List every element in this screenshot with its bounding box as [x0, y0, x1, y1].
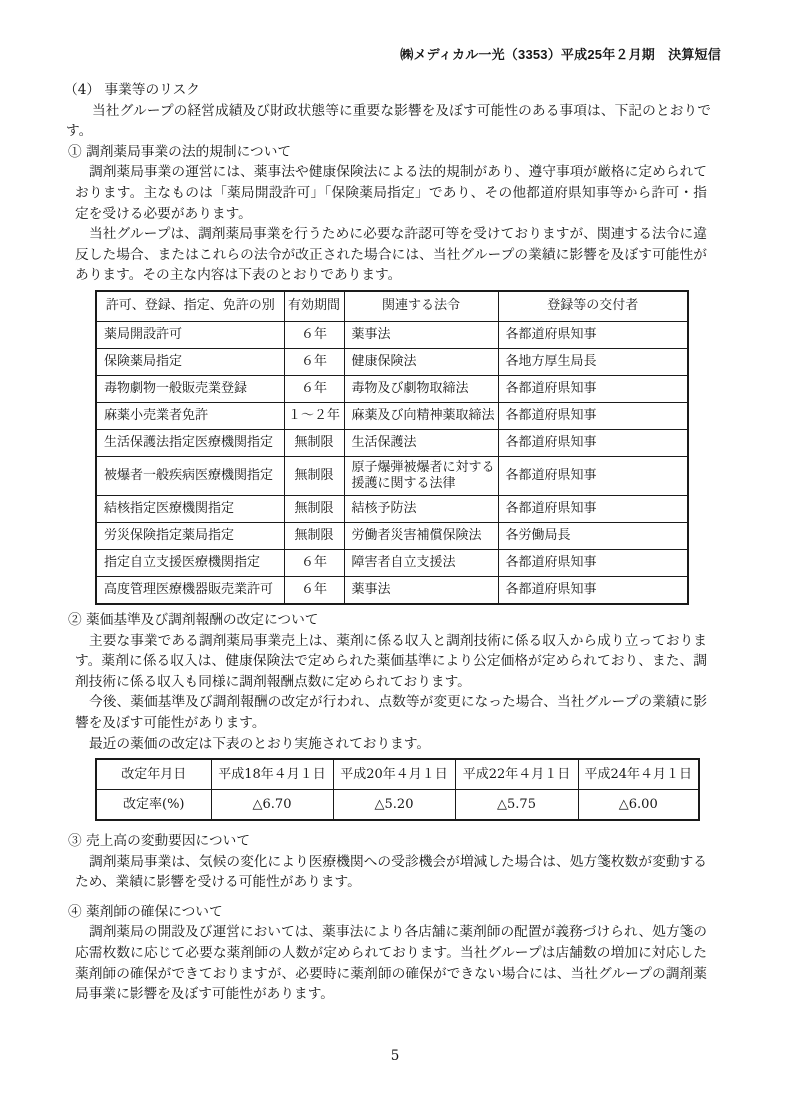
cell-revision-rate: △6.70: [211, 790, 333, 821]
cell-valid-period: １～２年: [284, 402, 344, 429]
license-table: 許可、登録、指定、免許の別 有効期間 関連する法令 登録等の交付者 薬局開設許可…: [95, 290, 689, 605]
cell-related-law: 薬事法: [344, 321, 498, 348]
cell-related-law: 結核予防法: [344, 495, 498, 522]
table-row: 労災保険指定薬局指定 無制限 労働者災害補償保険法 各労働局長: [96, 522, 688, 549]
col-header-valid-period: 有効期間: [284, 291, 344, 322]
table-row: 高度管理医療機器販売業許可 ６年 薬事法 各都道府県知事: [96, 576, 688, 604]
cell-revision-rate-label: 改定率(%): [96, 790, 211, 821]
cell-related-law: 生活保護法: [344, 429, 498, 456]
cell-valid-period: ６年: [284, 576, 344, 604]
item2-paragraph-2: 今後、薬価基準及び調剤報酬の改定が行われ、点数等が変更になった場合、当社グループ…: [75, 692, 707, 733]
cell-related-law: 薬事法: [344, 576, 498, 604]
item3-heading: ③ 売上高の変動要因について: [68, 831, 790, 852]
section-title: （4） 事業等のリスク: [64, 80, 790, 101]
cell-related-law: 原子爆弾被爆者に対する援護に関する法律: [344, 456, 498, 495]
cell-license-type: 毒物劇物一般販売業登録: [96, 375, 284, 402]
table-row: 結核指定医療機関指定 無制限 結核予防法 各都道府県知事: [96, 495, 688, 522]
item2-paragraph-3: 最近の薬価の改定は下表のとおり実施されております。: [75, 734, 707, 755]
cell-issuer: 各都道府県知事: [498, 429, 688, 456]
license-table-header-row: 許可、登録、指定、免許の別 有効期間 関連する法令 登録等の交付者: [96, 291, 688, 322]
cell-license-type: 薬局開設許可: [96, 321, 284, 348]
page-number: 5: [0, 1048, 790, 1064]
cell-license-type: 結核指定医療機関指定: [96, 495, 284, 522]
table-row: 麻薬小売業者免許 １～２年 麻薬及び向精神薬取締法 各都道府県知事: [96, 402, 688, 429]
col-header-issuer: 登録等の交付者: [498, 291, 688, 322]
document-page: ㈱メディカル一光（3353）平成25年２月期 決算短信 （4） 事業等のリスク …: [0, 0, 790, 1118]
cell-issuer: 各都道府県知事: [498, 402, 688, 429]
col-header-related-law: 関連する法令: [344, 291, 498, 322]
table-row: 毒物劇物一般販売業登録 ６年 毒物及び劇物取締法 各都道府県知事: [96, 375, 688, 402]
revision-rate-row: 改定率(%) △6.70 △5.20 △5.75 △6.00: [96, 790, 699, 821]
cell-license-type: 保険薬局指定: [96, 348, 284, 375]
cell-revision-date-label: 改定年月日: [96, 759, 211, 790]
cell-valid-period: ６年: [284, 348, 344, 375]
revision-date-row: 改定年月日 平成18年４月１日 平成20年４月１日 平成22年４月１日 平成24…: [96, 759, 699, 790]
table-row: 保険薬局指定 ６年 健康保険法 各地方厚生局長: [96, 348, 688, 375]
table-row: 生活保護法指定医療機関指定 無制限 生活保護法 各都道府県知事: [96, 429, 688, 456]
item4-paragraph-1: 調剤薬局の開設及び運営においては、薬事法により各店舗に薬剤師の配置が義務づけられ…: [75, 922, 707, 1004]
cell-valid-period: ６年: [284, 375, 344, 402]
item2-paragraph-1: 主要な事業である調剤薬局事業売上は、薬剤に係る収入と調剤技術に係る収入から成り立…: [75, 631, 707, 693]
cell-valid-period: 無制限: [284, 456, 344, 495]
cell-related-law: 労働者災害補償保険法: [344, 522, 498, 549]
cell-revision-rate: △5.20: [333, 790, 455, 821]
item1-heading: ① 調剤薬局事業の法的規制について: [68, 142, 790, 163]
cell-revision-date: 平成22年４月１日: [455, 759, 578, 790]
cell-issuer: 各都道府県知事: [498, 549, 688, 576]
revision-table: 改定年月日 平成18年４月１日 平成20年４月１日 平成22年４月１日 平成24…: [95, 758, 700, 821]
cell-license-type: 麻薬小売業者免許: [96, 402, 284, 429]
table-row: 指定自立支援医療機関指定 ６年 障害者自立支援法 各都道府県知事: [96, 549, 688, 576]
cell-issuer: 各都道府県知事: [498, 495, 688, 522]
cell-license-type: 指定自立支援医療機関指定: [96, 549, 284, 576]
cell-license-type: 被爆者一般疾病医療機関指定: [96, 456, 284, 495]
cell-license-type: 労災保険指定薬局指定: [96, 522, 284, 549]
cell-license-type: 高度管理医療機器販売業許可: [96, 576, 284, 604]
item1-paragraph-1: 調剤薬局事業の運営には、薬事法や健康保険法による法的規制があり、遵守事項が厳格に…: [75, 162, 707, 224]
cell-valid-period: 無制限: [284, 429, 344, 456]
cell-issuer: 各都道府県知事: [498, 321, 688, 348]
cell-revision-date: 平成18年４月１日: [211, 759, 333, 790]
cell-revision-rate: △6.00: [578, 790, 699, 821]
cell-valid-period: 無制限: [284, 522, 344, 549]
cell-valid-period: ６年: [284, 549, 344, 576]
cell-valid-period: ６年: [284, 321, 344, 348]
cell-valid-period: 無制限: [284, 495, 344, 522]
cell-issuer: 各都道府県知事: [498, 375, 688, 402]
item1-paragraph-2: 当社グループは、調剤薬局事業を行うために必要な許認可等を受けておりますが、関連す…: [75, 224, 707, 286]
cell-license-type: 生活保護法指定医療機関指定: [96, 429, 284, 456]
item3-paragraph-1: 調剤薬局事業は、気候の変化により医療機関への受診機会が増減した場合は、処方箋枚数…: [75, 852, 707, 893]
cell-related-law: 麻薬及び向精神薬取締法: [344, 402, 498, 429]
cell-revision-date: 平成20年４月１日: [333, 759, 455, 790]
cell-related-law: 障害者自立支援法: [344, 549, 498, 576]
cell-related-law: 毒物及び劇物取締法: [344, 375, 498, 402]
cell-revision-rate: △5.75: [455, 790, 578, 821]
col-header-license-type: 許可、登録、指定、免許の別: [96, 291, 284, 322]
item2-heading: ② 薬価基準及び調剤報酬の改定について: [68, 610, 790, 631]
cell-revision-date: 平成24年４月１日: [578, 759, 699, 790]
cell-issuer: 各都道府県知事: [498, 456, 688, 495]
cell-related-law: 健康保険法: [344, 348, 498, 375]
section-intro-paragraph: 当社グループの経営成績及び財政状態等に重要な影響を及ぼす可能性のある事項は、下記…: [66, 101, 711, 142]
table-row: 被爆者一般疾病医療機関指定 無制限 原子爆弾被爆者に対する援護に関する法律 各都…: [96, 456, 688, 495]
cell-issuer: 各地方厚生局長: [498, 348, 688, 375]
item4-heading: ④ 薬剤師の確保について: [68, 902, 790, 923]
risk-section: （4） 事業等のリスク 当社グループの経営成績及び財政状態等に重要な影響を及ぼす…: [0, 0, 790, 1005]
cell-issuer: 各労働局長: [498, 522, 688, 549]
table-row: 薬局開設許可 ６年 薬事法 各都道府県知事: [96, 321, 688, 348]
cell-issuer: 各都道府県知事: [498, 576, 688, 604]
